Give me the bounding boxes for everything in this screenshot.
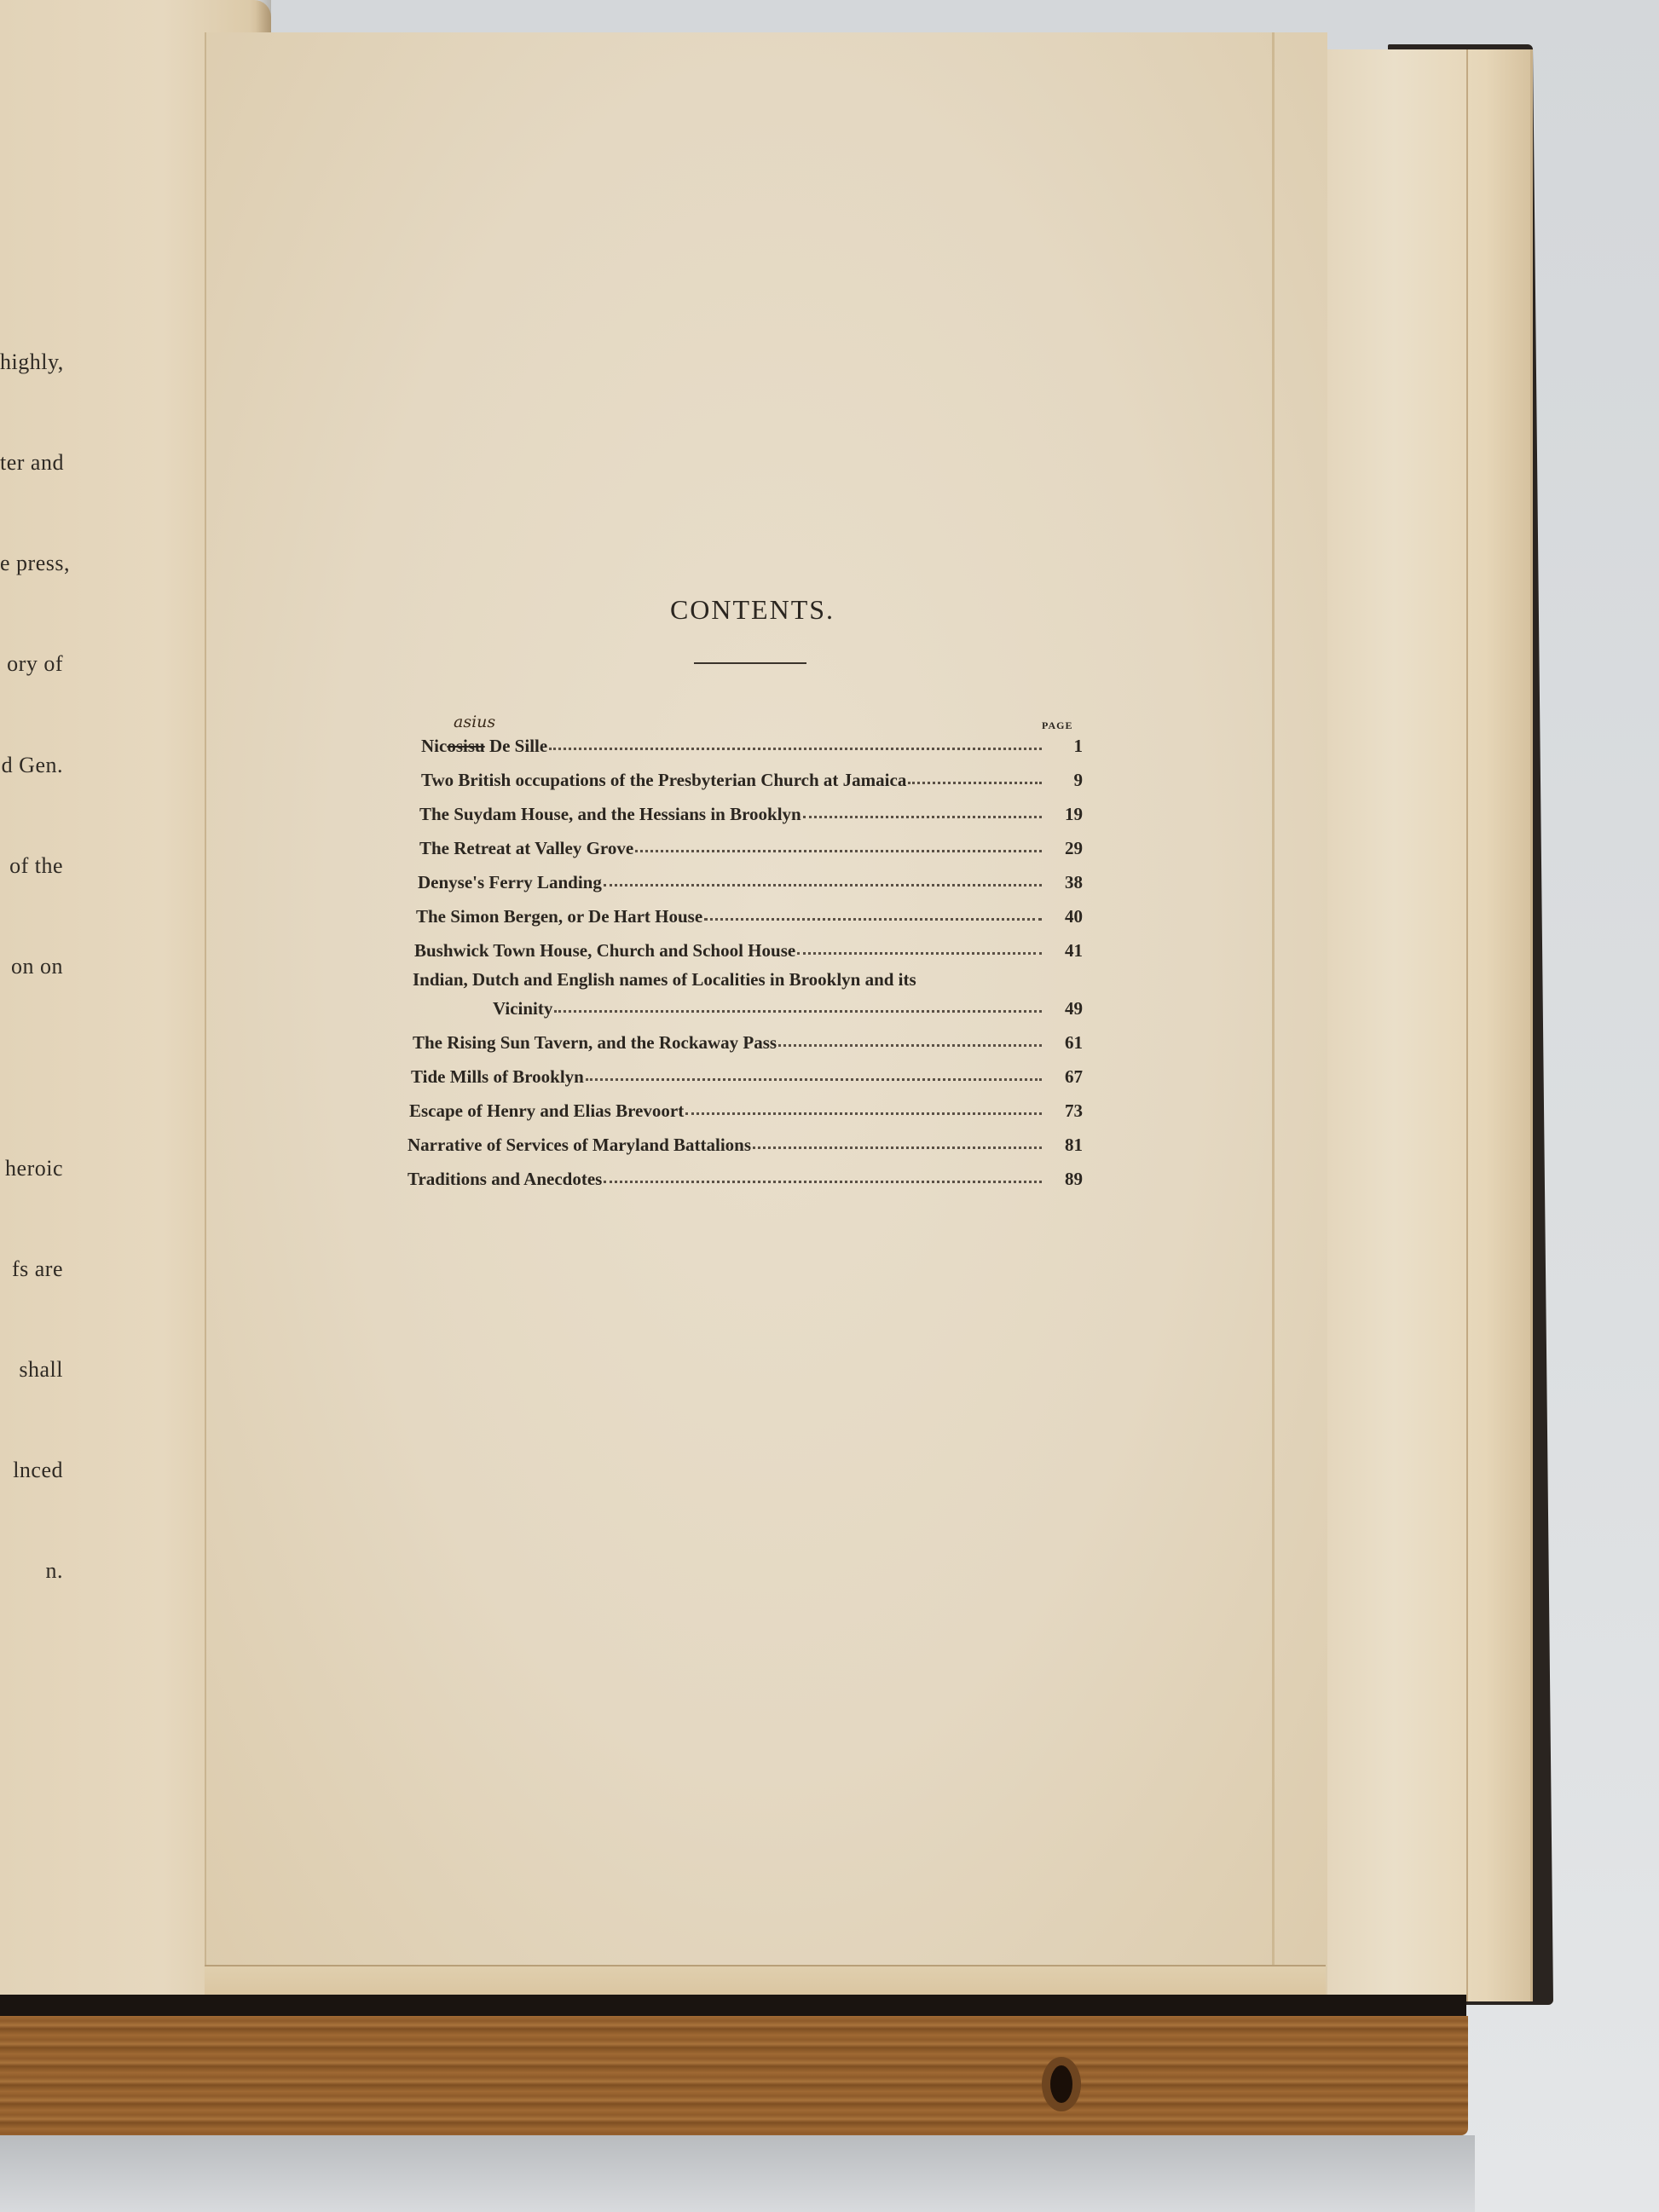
toc-entry-title: The Rising Sun Tavern, and the Rockaway …	[413, 1032, 777, 1054]
text-fragment: ter and	[0, 446, 63, 479]
dot-leader	[704, 918, 1042, 921]
stand-shadow	[0, 2135, 1475, 2212]
toc-entry-page: 19	[1049, 804, 1083, 825]
page-stack-edge	[1304, 49, 1533, 2001]
text-fragment: n.	[0, 1554, 63, 1587]
toc-entry[interactable]: Indian, Dutch and English names of Local…	[408, 962, 1083, 1019]
toc-entry-title: The Suydam House, and the Hessians in Br…	[419, 804, 801, 825]
toc-entry-title: Two British occupations of the Presbyter…	[421, 770, 906, 791]
text-fragment: ory of	[0, 647, 63, 680]
toc-entry[interactable]: The Rising Sun Tavern, and the Rockaway …	[408, 1019, 1083, 1054]
toc-entry-title: The Retreat at Valley Grove	[419, 838, 633, 859]
dot-leader	[586, 1078, 1042, 1081]
text-fragment: heroic	[0, 1152, 63, 1185]
toc-entry-page: 9	[1049, 770, 1083, 791]
toc-entry-title: Bushwick Town House, Church and School H…	[414, 940, 795, 962]
wooden-book-stand	[0, 2016, 1468, 2135]
toc-entry-page: 29	[1049, 838, 1083, 859]
toc-entry-page: 40	[1049, 906, 1083, 927]
toc-entry-title: Escape of Henry and Elias Brevoort	[409, 1100, 684, 1122]
toc-entry-page: 38	[1049, 872, 1083, 893]
dot-leader	[604, 1181, 1042, 1183]
toc-entry-page: 67	[1049, 1066, 1083, 1088]
dot-leader	[604, 884, 1042, 887]
text-fragment: d Gen.	[0, 748, 63, 782]
dot-leader	[554, 1010, 1042, 1013]
dot-leader	[549, 748, 1042, 750]
toc-entry-page: 49	[1049, 998, 1083, 1019]
toc-entry-continuation: Vicinity 49	[413, 998, 1083, 1019]
toc-entry-page: 1	[1049, 736, 1083, 757]
text-fragment: shall	[0, 1353, 63, 1386]
text-fragment: fs are	[0, 1252, 63, 1285]
toc-entry-title: Traditions and Anecdotes	[408, 1169, 602, 1190]
toc-entry-page: 81	[1049, 1135, 1083, 1156]
table-of-contents: asius Nicosisu De Sille 1 Two British oc…	[408, 723, 1083, 1190]
toc-entry-title: Nicosisu De Sille	[421, 736, 547, 757]
handwritten-annotation: asius	[454, 713, 495, 731]
dot-leader	[908, 782, 1042, 784]
toc-entry-page: 73	[1049, 1100, 1083, 1122]
contents-heading: CONTENTS.	[0, 594, 1505, 626]
page-edge-line	[1272, 32, 1275, 2010]
toc-entry-title: The Simon Bergen, or De Hart House	[416, 906, 702, 927]
dot-leader	[685, 1112, 1042, 1115]
toc-entry-title-cont: Vicinity	[413, 998, 552, 1019]
dot-leader	[753, 1146, 1042, 1149]
toc-entry[interactable]: Narrative of Services of Maryland Battal…	[408, 1122, 1083, 1156]
toc-entry-title: Narrative of Services of Maryland Battal…	[408, 1135, 751, 1156]
heading-rule	[694, 662, 806, 664]
toc-entry-page: 89	[1049, 1169, 1083, 1190]
text-fragment	[0, 1050, 63, 1083]
toc-entry[interactable]: The Retreat at Valley Grove 29	[408, 825, 1083, 859]
text-fragment: highly,	[0, 345, 63, 378]
dot-leader	[803, 816, 1042, 818]
dot-leader	[797, 952, 1042, 955]
toc-entry[interactable]: Two British occupations of the Presbyter…	[408, 757, 1083, 791]
wood-knot-hole	[1050, 2065, 1072, 2103]
toc-entry-title: Denyse's Ferry Landing	[418, 872, 602, 893]
text-fragment: lnced	[0, 1453, 63, 1487]
toc-entry-page: 41	[1049, 940, 1083, 962]
toc-entry[interactable]: Tide Mills of Brooklyn 67	[408, 1054, 1083, 1088]
struck-text: osisu	[447, 736, 484, 756]
toc-entry[interactable]: The Suydam House, and the Hessians in Br…	[408, 791, 1083, 825]
toc-entry-page: 61	[1049, 1032, 1083, 1054]
toc-entry[interactable]: Traditions and Anecdotes 89	[408, 1156, 1083, 1190]
page-edge-line	[1466, 49, 1468, 2001]
toc-entry[interactable]: asius Nicosisu De Sille 1	[408, 723, 1083, 757]
toc-entry-title: Tide Mills of Brooklyn	[411, 1066, 584, 1088]
left-page-text: highly, ter and e press, ory of d Gen. o…	[0, 278, 63, 1655]
toc-entry[interactable]: Bushwick Town House, Church and School H…	[408, 927, 1083, 962]
text-fragment: e press,	[0, 546, 63, 580]
text-fragment: of the	[0, 849, 63, 882]
toc-entry[interactable]: The Simon Bergen, or De Hart House 40	[408, 893, 1083, 927]
text-fragment: on on	[0, 950, 63, 983]
toc-entry[interactable]: Escape of Henry and Elias Brevoort 73	[408, 1088, 1083, 1122]
toc-entry[interactable]: Denyse's Ferry Landing 38	[408, 859, 1083, 893]
toc-entry-title: Indian, Dutch and English names of Local…	[413, 969, 1083, 990]
dot-leader	[778, 1044, 1042, 1047]
dot-leader	[635, 850, 1042, 852]
